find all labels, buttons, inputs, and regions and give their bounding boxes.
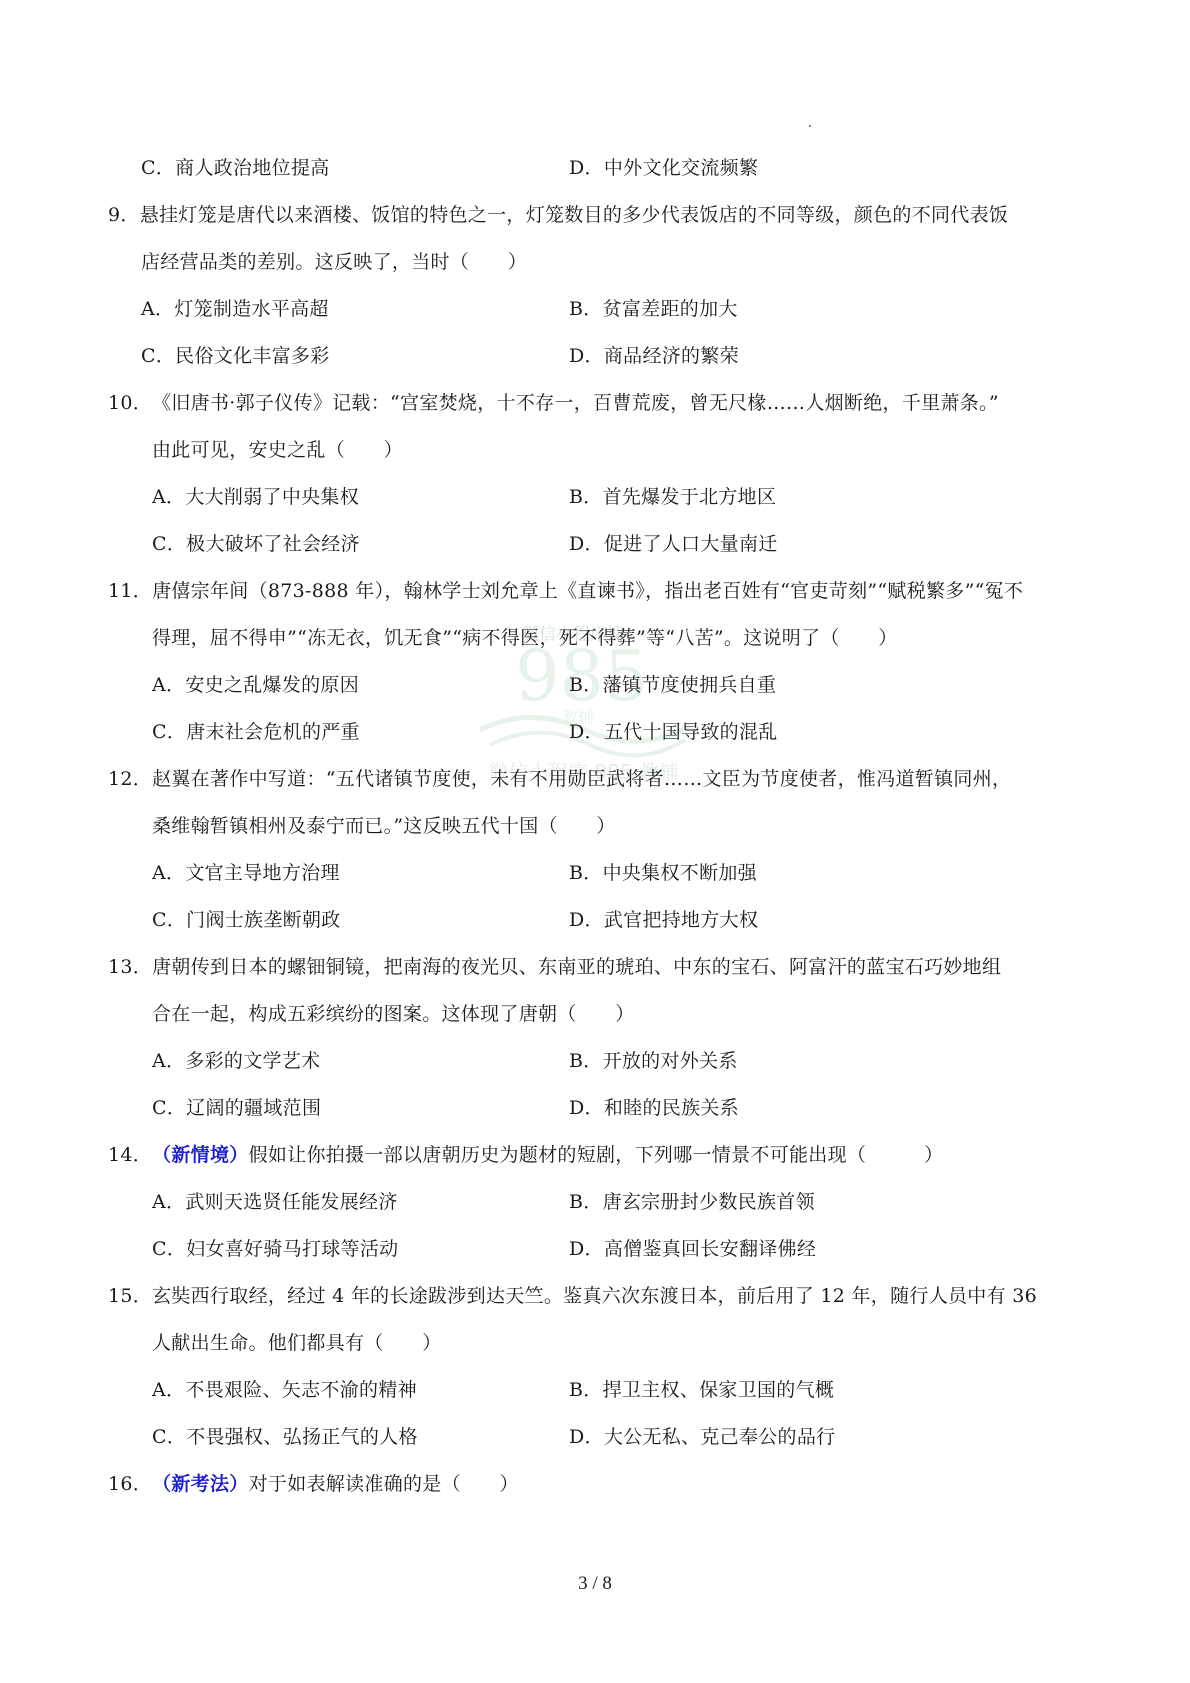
q11-stem-line2: 得理，屈不得申”“冻无衣，饥无食”“病不得医，死不得葬”等“八苦”。这说明了（ … <box>152 626 898 650</box>
option-text: 多彩的文学艺术 <box>185 1050 320 1072</box>
q12-option-d: D．武官把持地方大权 <box>569 908 758 932</box>
option-label: B． <box>569 298 603 320</box>
option-label: B． <box>569 1379 603 1401</box>
question-number: 16． <box>108 1472 152 1496</box>
option-text: 大公无私、克己奉公的品行 <box>604 1426 836 1448</box>
option-label: C． <box>141 157 175 179</box>
option-label: A． <box>152 1191 185 1213</box>
q14-option-b: B．唐玄宗册封少数民族首领 <box>569 1190 815 1214</box>
option-label: B． <box>569 486 603 508</box>
option-text: 不畏强权、弘扬正气的人格 <box>186 1426 418 1448</box>
option-label: A． <box>152 674 185 696</box>
q9-option-c: C．民俗文化丰富多彩 <box>141 344 330 368</box>
option-label: C． <box>141 345 175 367</box>
q13-option-d: D．和睦的民族关系 <box>569 1096 739 1120</box>
q10-option-b: B．首先爆发于北方地区 <box>569 485 776 509</box>
new-context-tag: （新情境） <box>152 1144 249 1166</box>
q15-stem-line1: 15．玄奘西行取经，经过 4 年的长途跋涉到达天竺。鉴真六次东渡日本，前后用了 … <box>108 1284 1037 1308</box>
option-text: 开放的对外关系 <box>603 1050 738 1072</box>
option-text: 妇女喜好骑马打球等活动 <box>186 1238 398 1260</box>
q9-stem-line2: 店经营品类的差别。这反映了，当时（ ） <box>141 250 527 274</box>
option-text: 五代十国导致的混乱 <box>604 721 778 743</box>
option-text: 商品经济的繁荣 <box>604 345 739 367</box>
option-label: C． <box>152 1097 186 1119</box>
q15-option-a: A．不畏艰险、矢志不渝的精神 <box>152 1378 417 1402</box>
question-number: 9． <box>108 203 140 227</box>
question-text: 赵翼在著作中写道：“五代诸镇节度使，未有不用勋臣武将者……文臣为节度使者，惟冯道… <box>152 768 1011 790</box>
q9-option-a: A．灯笼制造水平高超 <box>141 297 329 321</box>
option-text: 门阀士族垄断朝政 <box>186 909 340 931</box>
option-text: 藩镇节度使拥兵自重 <box>603 674 777 696</box>
q8-option-c: C．商人政治地位提高 <box>141 156 330 180</box>
question-number: 15． <box>108 1284 152 1308</box>
question-number: 14． <box>108 1143 152 1167</box>
q11-option-a: A．安史之乱爆发的原因 <box>152 673 359 697</box>
question-text: 对于如表解读准确的是（ ） <box>249 1473 519 1495</box>
q13-stem-line1: 13．唐朝传到日本的螺钿铜镜，把南海的夜光贝、东南亚的琥珀、中东的宝石、阿富汗的… <box>108 955 1001 979</box>
option-text: 极大破坏了社会经济 <box>186 533 360 555</box>
q14-stem-line1: 14．（新情境）假如让你拍摄一部以唐朝历史为题材的短剧，下列哪一情景不可能出现（… <box>108 1143 943 1167</box>
question-text: 唐朝传到日本的螺钿铜镜，把南海的夜光贝、东南亚的琥珀、中东的宝石、阿富汗的蓝宝石… <box>152 956 1001 978</box>
option-label: B． <box>569 674 603 696</box>
option-label: B． <box>569 862 603 884</box>
q15-option-b: B．捍卫主权、保家卫国的气概 <box>569 1378 834 1402</box>
page-number: 3 / 8 <box>0 1573 1190 1595</box>
q12-option-b: B．中央集权不断加强 <box>569 861 757 885</box>
q11-option-b: B．藩镇节度使拥兵自重 <box>569 673 776 697</box>
option-label: C． <box>152 721 186 743</box>
option-text: 中外文化交流频繁 <box>604 157 758 179</box>
option-text: 高僧鉴真回长安翻译佛经 <box>604 1238 816 1260</box>
q14-option-c: C．妇女喜好骑马打球等活动 <box>152 1237 398 1261</box>
q16-stem-line1: 16．（新考法）对于如表解读准确的是（ ） <box>108 1472 519 1496</box>
q9-stem-line1: 9．悬挂灯笼是唐代以来酒楼、饭馆的特色之一，灯笼数目的多少代表饭店的不同等级，颜… <box>108 203 1008 227</box>
option-label: A． <box>152 486 185 508</box>
q9-option-d: D．商品经济的繁荣 <box>569 344 739 368</box>
option-text: 捍卫主权、保家卫国的气概 <box>603 1379 835 1401</box>
q10-option-c: C．极大破坏了社会经济 <box>152 532 360 556</box>
q15-option-c: C．不畏强权、弘扬正气的人格 <box>152 1425 418 1449</box>
option-label: D． <box>569 157 604 179</box>
option-label: A． <box>152 1050 185 1072</box>
scan-dot <box>809 125 811 127</box>
option-label: D． <box>569 721 604 743</box>
option-label: C． <box>152 1426 186 1448</box>
option-text: 贫富差距的加大 <box>603 298 738 320</box>
q11-option-c: C．唐末社会危机的严重 <box>152 720 360 744</box>
q12-stem-line1: 12．赵翼在著作中写道：“五代诸镇节度使，未有不用勋臣武将者……文臣为节度使者，… <box>108 767 1011 791</box>
option-label: D． <box>569 1426 604 1448</box>
option-text: 文官主导地方治理 <box>185 862 339 884</box>
option-label: C． <box>152 909 186 931</box>
option-label: D． <box>569 533 604 555</box>
question-number: 10． <box>108 391 152 415</box>
option-label: B． <box>569 1191 603 1213</box>
q13-option-a: A．多彩的文学艺术 <box>152 1049 320 1073</box>
q12-stem-line2: 桑维翰暂镇相州及泰宁而已。”这反映五代十国（ ） <box>152 814 616 838</box>
option-label: A． <box>141 298 174 320</box>
q11-stem-line1: 11．唐僖宗年间（873-888 年），翰林学士刘允章上《直谏书》，指出老百姓有… <box>108 579 1023 603</box>
option-label: D． <box>569 345 604 367</box>
option-text: 武官把持地方大权 <box>604 909 758 931</box>
q12-option-c: C．门阀士族垄断朝政 <box>152 908 341 932</box>
option-label: D． <box>569 909 604 931</box>
q10-stem-line2: 由此可见，安史之乱（ ） <box>152 438 403 462</box>
q15-stem-line2: 人献出生命。他们都具有（ ） <box>152 1331 442 1355</box>
q14-option-d: D．高僧鉴真回长安翻译佛经 <box>569 1237 816 1261</box>
option-label: D． <box>569 1097 604 1119</box>
q15-option-d: D．大公无私、克己奉公的品行 <box>569 1425 835 1449</box>
option-text: 不畏艰险、矢志不渝的精神 <box>185 1379 417 1401</box>
option-text: 中央集权不断加强 <box>603 862 757 884</box>
option-label: A． <box>152 862 185 884</box>
option-text: 武则天选贤任能发展经济 <box>185 1191 397 1213</box>
question-text: 《旧唐书·郭子仪传》记载：“宫室焚烧，十不存一，百曹荒废，曾无尺椽……人烟断绝，… <box>152 392 999 414</box>
option-text: 灯笼制造水平高超 <box>174 298 328 320</box>
q8-option-d: D．中外文化交流频繁 <box>569 156 758 180</box>
option-text: 商人政治地位提高 <box>175 157 329 179</box>
option-text: 辽阔的疆域范围 <box>186 1097 321 1119</box>
q9-option-b: B．贫富差距的加大 <box>569 297 738 321</box>
q10-option-a: A．大大削弱了中央集权 <box>152 485 359 509</box>
new-method-tag: （新考法） <box>152 1473 249 1495</box>
option-label: C． <box>152 1238 186 1260</box>
option-text: 促进了人口大量南迁 <box>604 533 778 555</box>
q10-stem-line1: 10．《旧唐书·郭子仪传》记载：“宫室焚烧，十不存一，百曹荒废，曾无尺椽……人烟… <box>108 391 999 415</box>
question-text: 假如让你拍摄一部以唐朝历史为题材的短剧，下列哪一情景不可能出现（ ） <box>249 1144 944 1166</box>
option-label: D． <box>569 1238 604 1260</box>
question-text: 唐僖宗年间（873-888 年），翰林学士刘允章上《直谏书》，指出老百姓有“官吏… <box>152 580 1023 602</box>
question-text: 悬挂灯笼是唐代以来酒楼、饭馆的特色之一，灯笼数目的多少代表饭店的不同等级，颜色的… <box>140 204 1009 226</box>
q11-option-d: D．五代十国导致的混乱 <box>569 720 778 744</box>
option-label: C． <box>152 533 186 555</box>
option-text: 和睦的民族关系 <box>604 1097 739 1119</box>
option-label: A． <box>152 1379 185 1401</box>
option-label: B． <box>569 1050 603 1072</box>
question-number: 13． <box>108 955 152 979</box>
q10-option-d: D．促进了人口大量南迁 <box>569 532 778 556</box>
option-text: 唐玄宗册封少数民族首领 <box>603 1191 815 1213</box>
q13-option-c: C．辽阔的疆域范围 <box>152 1096 321 1120</box>
q13-stem-line2: 合在一起，构成五彩缤纷的图案。这体现了唐朝（ ） <box>152 1002 635 1026</box>
question-number: 11． <box>108 579 152 603</box>
q12-option-a: A．文官主导地方治理 <box>152 861 340 885</box>
option-text: 首先爆发于北方地区 <box>603 486 777 508</box>
option-text: 民俗文化丰富多彩 <box>175 345 329 367</box>
option-text: 唐末社会危机的严重 <box>186 721 360 743</box>
question-text: 玄奘西行取经，经过 4 年的长途跋涉到达天竺。鉴真六次东渡日本，前后用了 12 … <box>152 1285 1037 1307</box>
option-text: 安史之乱爆发的原因 <box>185 674 359 696</box>
question-number: 12． <box>108 767 152 791</box>
q14-option-a: A．武则天选贤任能发展经济 <box>152 1190 398 1214</box>
q13-option-b: B．开放的对外关系 <box>569 1049 738 1073</box>
document-page: 985 教辅 微信小程序搜 微信小程序 985 教辅 C．商人政治地位提高 D．… <box>0 0 1190 1683</box>
option-text: 大大削弱了中央集权 <box>185 486 359 508</box>
